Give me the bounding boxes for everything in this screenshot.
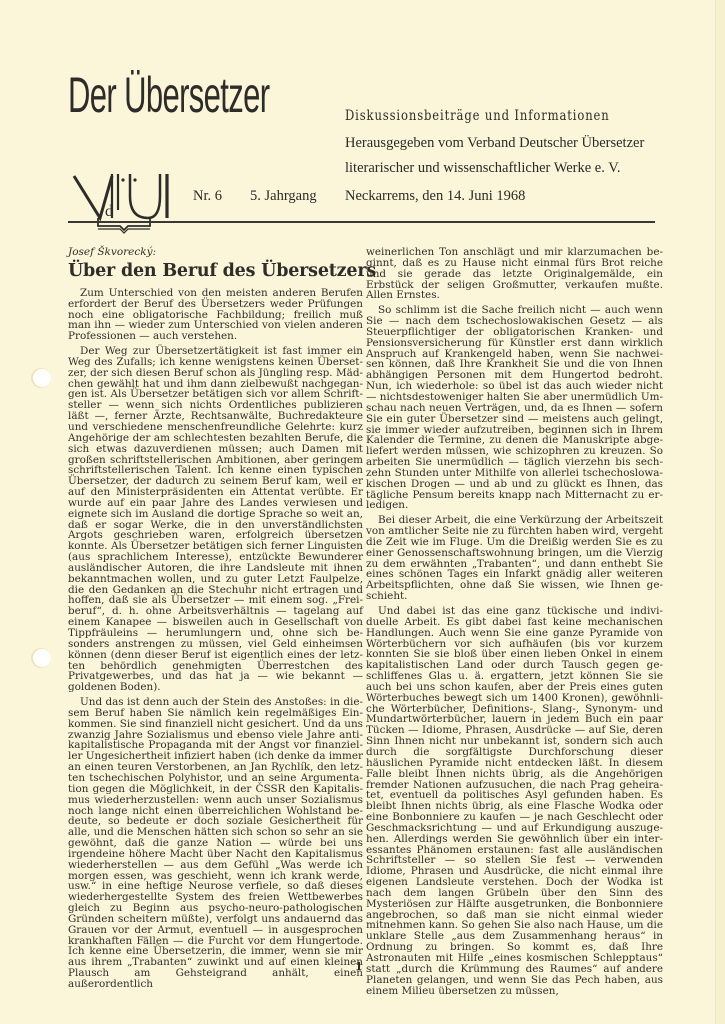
article-column-right: weinerlichen Ton anschlägt und mir klarz… xyxy=(366,247,663,1000)
volume-label: 5. Jahrgang xyxy=(250,188,317,205)
punch-hole-top xyxy=(33,369,51,387)
document-page: Der Übersetzer Diskussionsbeiträge und I… xyxy=(0,0,716,1024)
article-author: Josef Škvorecký: xyxy=(68,247,363,258)
paragraph: So schlimm ist die Sache freilich nicht … xyxy=(366,305,663,511)
svg-text:d: d xyxy=(105,203,113,220)
paragraph: weinerlichen Ton anschlägt und mir klarz… xyxy=(366,247,663,301)
article-title: Über den Beruf des Übersetzers xyxy=(68,261,363,281)
issue-number: Nr. 6 xyxy=(193,188,222,205)
paragraph: Zum Unterschied von den meisten anderen … xyxy=(68,288,363,342)
punch-hole-bottom xyxy=(33,649,51,667)
page-number: 1 xyxy=(355,960,363,973)
paragraph: Der Weg zur Übersetzertätigkeit ist fast… xyxy=(68,346,363,693)
paragraph: Bei dieser Arbeit, die eine Verkürzung d… xyxy=(366,515,663,602)
masthead-divider xyxy=(68,221,655,223)
publication-title: Der Übersetzer xyxy=(68,70,270,120)
paragraph: Und dabei ist das eine ganz tückische un… xyxy=(366,606,663,996)
article-column-left: Josef Škvorecký: Über den Beruf des Über… xyxy=(68,247,363,994)
place-date: Neckarrems, den 14. Juni 1968 xyxy=(345,188,525,205)
publication-subtitle: Diskussionsbeiträge und Informationen xyxy=(345,108,610,124)
paragraph: Und das ist denn auch der Stein des Anst… xyxy=(68,697,363,990)
vdue-logo-icon: d xyxy=(72,166,182,236)
publisher-line-2: literarischer und wissenschaftlicher Wer… xyxy=(345,160,620,177)
publisher-line-1: Herausgegeben vom Verband Deutscher Über… xyxy=(345,135,644,152)
